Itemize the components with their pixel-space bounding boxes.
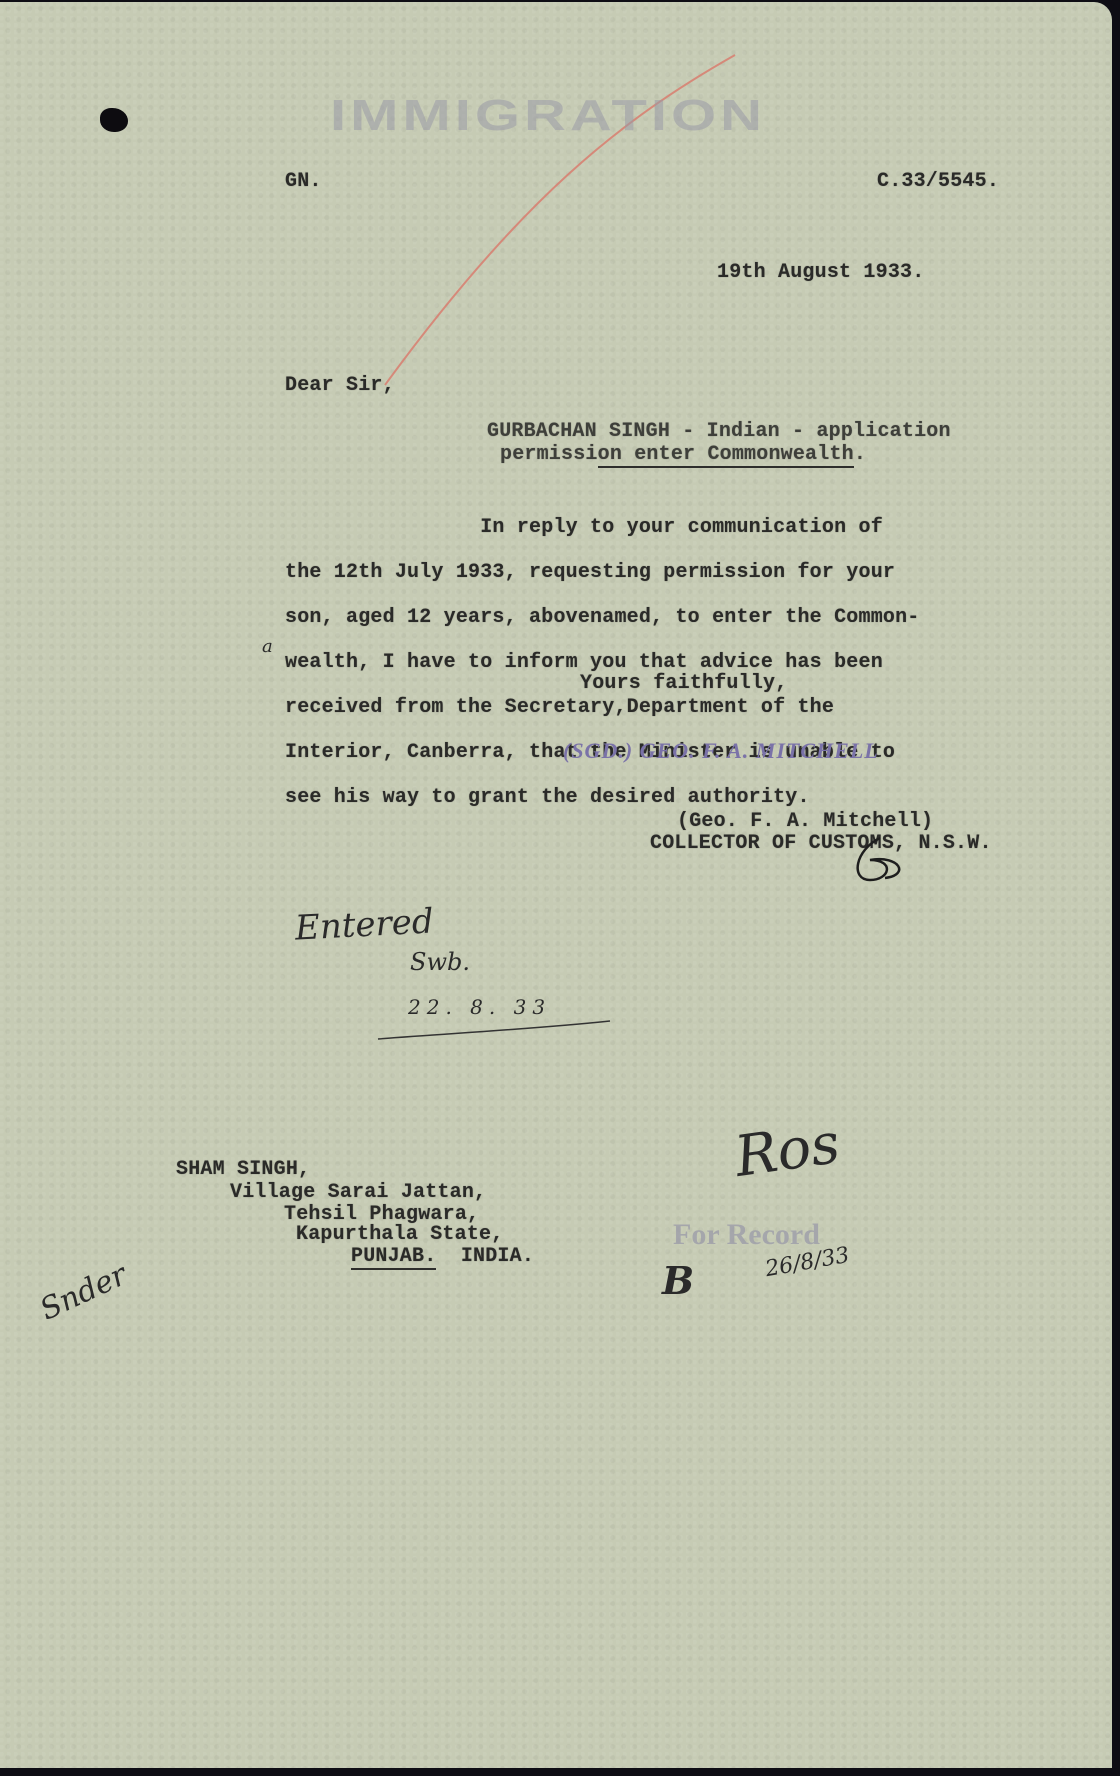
addressee-line-3: Kapurthala State, [296, 1223, 503, 1246]
body-line: the 12th July 1933, requesting permissio… [285, 562, 920, 585]
file-reference: C.33/5545. [877, 170, 999, 193]
body-line: son, aged 12 years, abovenamed, to enter… [285, 607, 920, 630]
body-paragraph: In reply to your communication of the 12… [285, 494, 920, 832]
closing: Yours faithfully, [580, 672, 787, 695]
for-record-stamp: For Record [673, 1218, 820, 1252]
body-line: see his way to grant the desired authori… [285, 787, 920, 810]
addressee-line-1: Village Sarai Jattan, [230, 1181, 486, 1204]
addressee-state: PUNJAB. [351, 1245, 436, 1270]
addressee-name: SHAM SINGH, [176, 1158, 310, 1181]
entered-annotation: Entered [294, 901, 435, 948]
initial-b-mark [840, 830, 920, 890]
letter-date: 19th August 1933. [717, 261, 924, 284]
subject-line-1: GURBACHAN SINGH - Indian - application [487, 420, 951, 443]
left-reference: GN. [285, 170, 322, 193]
punch-hole [100, 108, 128, 132]
margin-mark: a [262, 636, 273, 657]
letterhead-stamp: IMMIGRATION [330, 90, 766, 140]
subject-line-2-prefix: permissi [500, 443, 598, 466]
subject-line-2: permission enter Commonwealth. [500, 443, 866, 466]
signatory-title: COLLECTOR OF CUSTOMS, N.S.W. [650, 832, 992, 855]
addressee-country: INDIA. [461, 1245, 534, 1268]
entered-underline [375, 1015, 615, 1045]
body-line: received from the Secretary,Department o… [285, 697, 920, 720]
body-line: In reply to your communication of [285, 517, 920, 540]
document-page [0, 2, 1112, 1768]
entered-initials: Swb. [410, 948, 470, 976]
body-line: wealth, I have to inform you that advice… [285, 652, 920, 675]
signature-stamp: (SGD.) GEO. F. A. MITCHELL [563, 738, 879, 764]
subject-underlined: on enter Commonwealth [598, 443, 854, 468]
subject-line-2-suffix: . [854, 443, 866, 466]
salutation: Dear Sir, [285, 374, 395, 397]
addressee-line-4: PUNJAB. INDIA. [351, 1245, 534, 1268]
record-initial: B [662, 1258, 694, 1303]
